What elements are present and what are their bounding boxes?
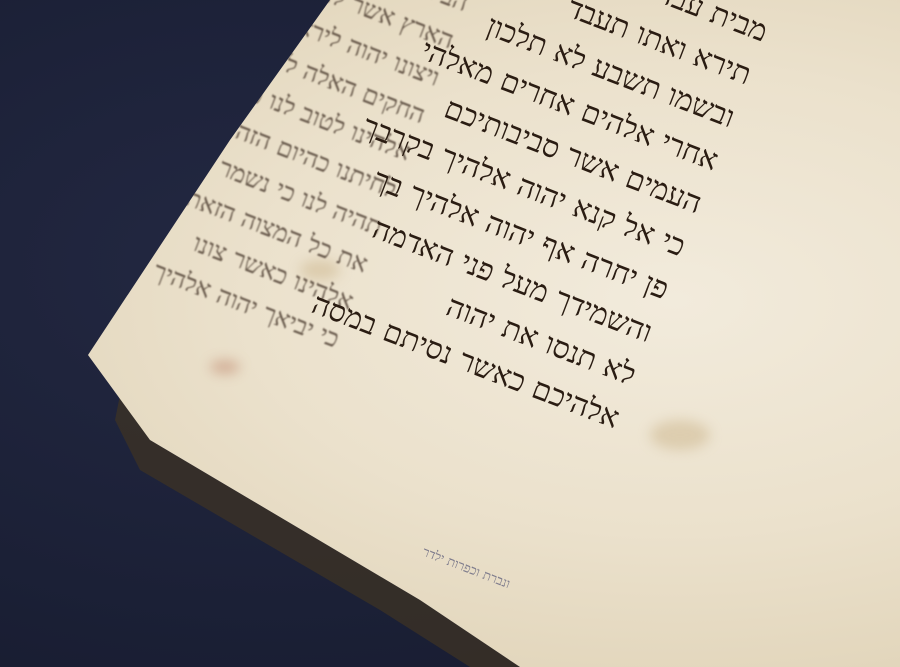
water-stain xyxy=(650,420,710,450)
red-stain xyxy=(210,360,240,374)
marginal-note: ונברת וכפרות ילדר xyxy=(420,544,512,592)
